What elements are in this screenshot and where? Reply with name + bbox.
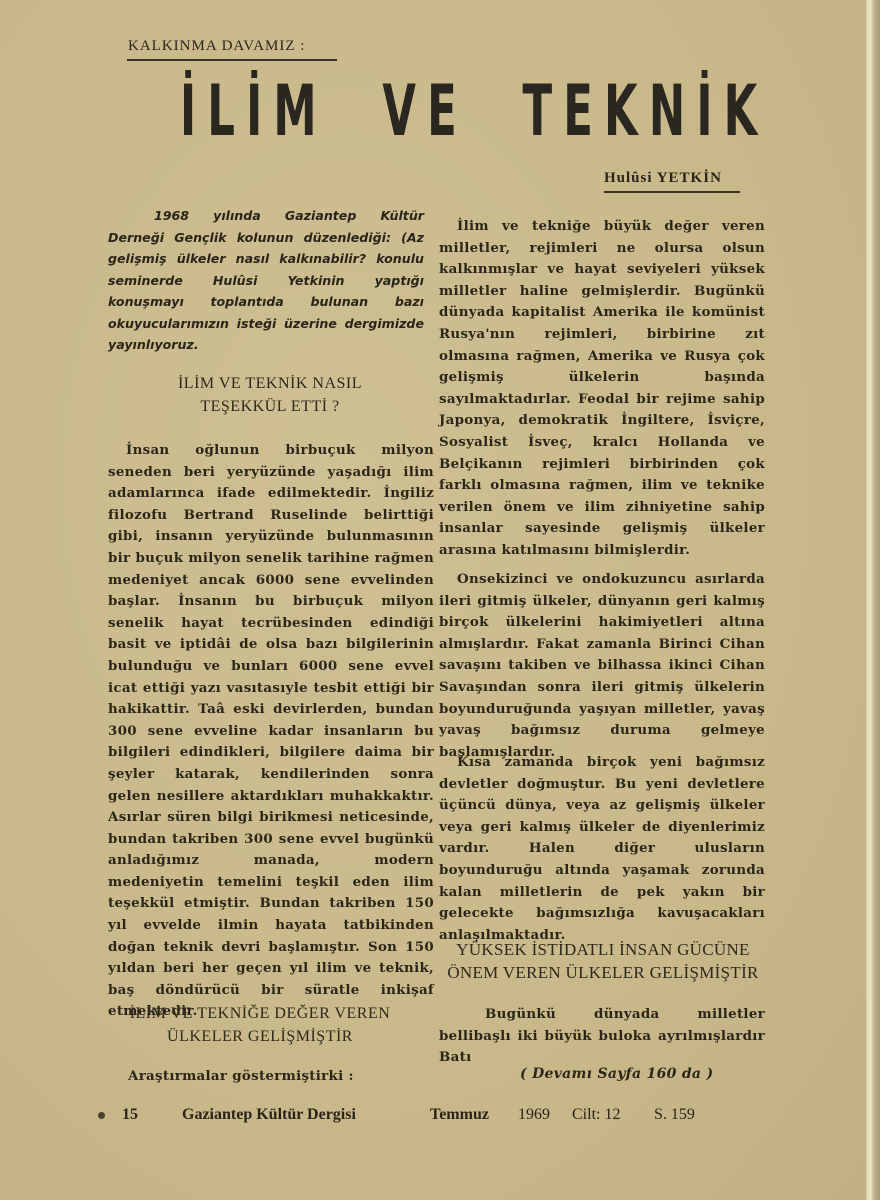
continued-note: ( Devamı Sayfa 160 da ) (520, 1066, 713, 1082)
page-number: 15 (122, 1106, 138, 1124)
title-letter: K (724, 76, 758, 146)
article-title: İLİMVETEKNİK (180, 76, 471, 146)
title-letter: E (563, 76, 593, 146)
body-paragraph: Bugünkü dünyada milletler bellibaşlı iki… (439, 1004, 765, 1069)
left-body-end: Araştırmalar göstermiştirki : (108, 1066, 428, 1088)
magazine-name: Gaziantep Kültür Dergisi (182, 1106, 356, 1124)
title-letter: İ (180, 76, 196, 146)
issue-year: 1969 (518, 1106, 550, 1124)
issue-month: Temmuz (430, 1106, 489, 1124)
body-paragraph: Kısa zamanda birçok yeni bağımsız devlet… (439, 752, 765, 946)
body-paragraph: Araştırmalar göstermiştirki : (108, 1066, 428, 1088)
subheading-talent: YÜKSEK İSTİDATLI İNSAN GÜCÜNE ÖNEM VEREN… (436, 938, 770, 984)
intro-note: 1968 yılında Gaziantep Kültür Derneği Ge… (108, 205, 424, 356)
subheading-value-countries: İLİM VE TEKNİĞE DEĞER VEREN ÜLKELER GELİ… (95, 1002, 425, 1048)
subheading-line: ÜLKELER GELİŞMİŞTİR (95, 1025, 425, 1048)
subheading-line: İLİM VE TEKNİĞE DEĞER VEREN (95, 1002, 425, 1025)
subheading-line: İLİM VE TEKNİK NASIL (110, 372, 430, 395)
right-body-3: Kısa zamanda birçok yeni bağımsız devlet… (439, 752, 765, 946)
title-letter: L (207, 76, 235, 146)
issue-number: S. 159 (654, 1106, 695, 1124)
title-letter: İ (696, 76, 712, 146)
author-underline (604, 191, 740, 193)
subheading-line: YÜKSEK İSTİDATLI İNSAN GÜCÜNE (436, 938, 770, 961)
intro-text: 1968 yılında Gaziantep Kültür Derneği Ge… (108, 205, 424, 356)
author-byline: Hulûsi YETKİN (604, 170, 722, 187)
title-letter: T (522, 76, 552, 146)
body-paragraph: İlim ve tekniğe büyük değer veren millet… (439, 216, 765, 562)
subheading-line: ÖNEM VEREN ÜLKELER GELİŞMİŞTİR (436, 961, 770, 984)
magazine-page: KALKINMA DAVAMIZ : İLİMVETEKNİK Hulûsi Y… (0, 0, 866, 1200)
body-paragraph: İnsan oğlunun birbuçuk milyon seneden be… (108, 440, 434, 1023)
subheading-line: TEŞEKKÜL ETTİ ? (110, 395, 430, 418)
right-body-2: Onsekizinci ve ondokuzuncu asırlarda ile… (439, 569, 765, 763)
body-paragraph: Onsekizinci ve ondokuzuncu asırlarda ile… (439, 569, 765, 763)
volume: Cilt: 12 (572, 1106, 620, 1124)
title-letter: V (382, 76, 416, 146)
title-letter: K (604, 76, 638, 146)
kicker-underline (127, 59, 337, 61)
section-kicker: KALKINMA DAVAMIZ : (128, 38, 305, 55)
title-letter: E (427, 76, 457, 146)
right-body-1: İlim ve tekniğe büyük değer veren millet… (439, 216, 765, 562)
title-letter: M (273, 76, 316, 146)
right-body-4: Bugünkü dünyada milletler bellibaşlı iki… (439, 1004, 765, 1069)
title-letter: İ (246, 76, 262, 146)
bullet-icon (98, 1112, 105, 1119)
page-edge (866, 0, 880, 1200)
title-letter: N (649, 76, 685, 146)
left-body: İnsan oğlunun birbuçuk milyon seneden be… (108, 440, 434, 1023)
subheading-how-formed: İLİM VE TEKNİK NASIL TEŞEKKÜL ETTİ ? (110, 372, 430, 418)
